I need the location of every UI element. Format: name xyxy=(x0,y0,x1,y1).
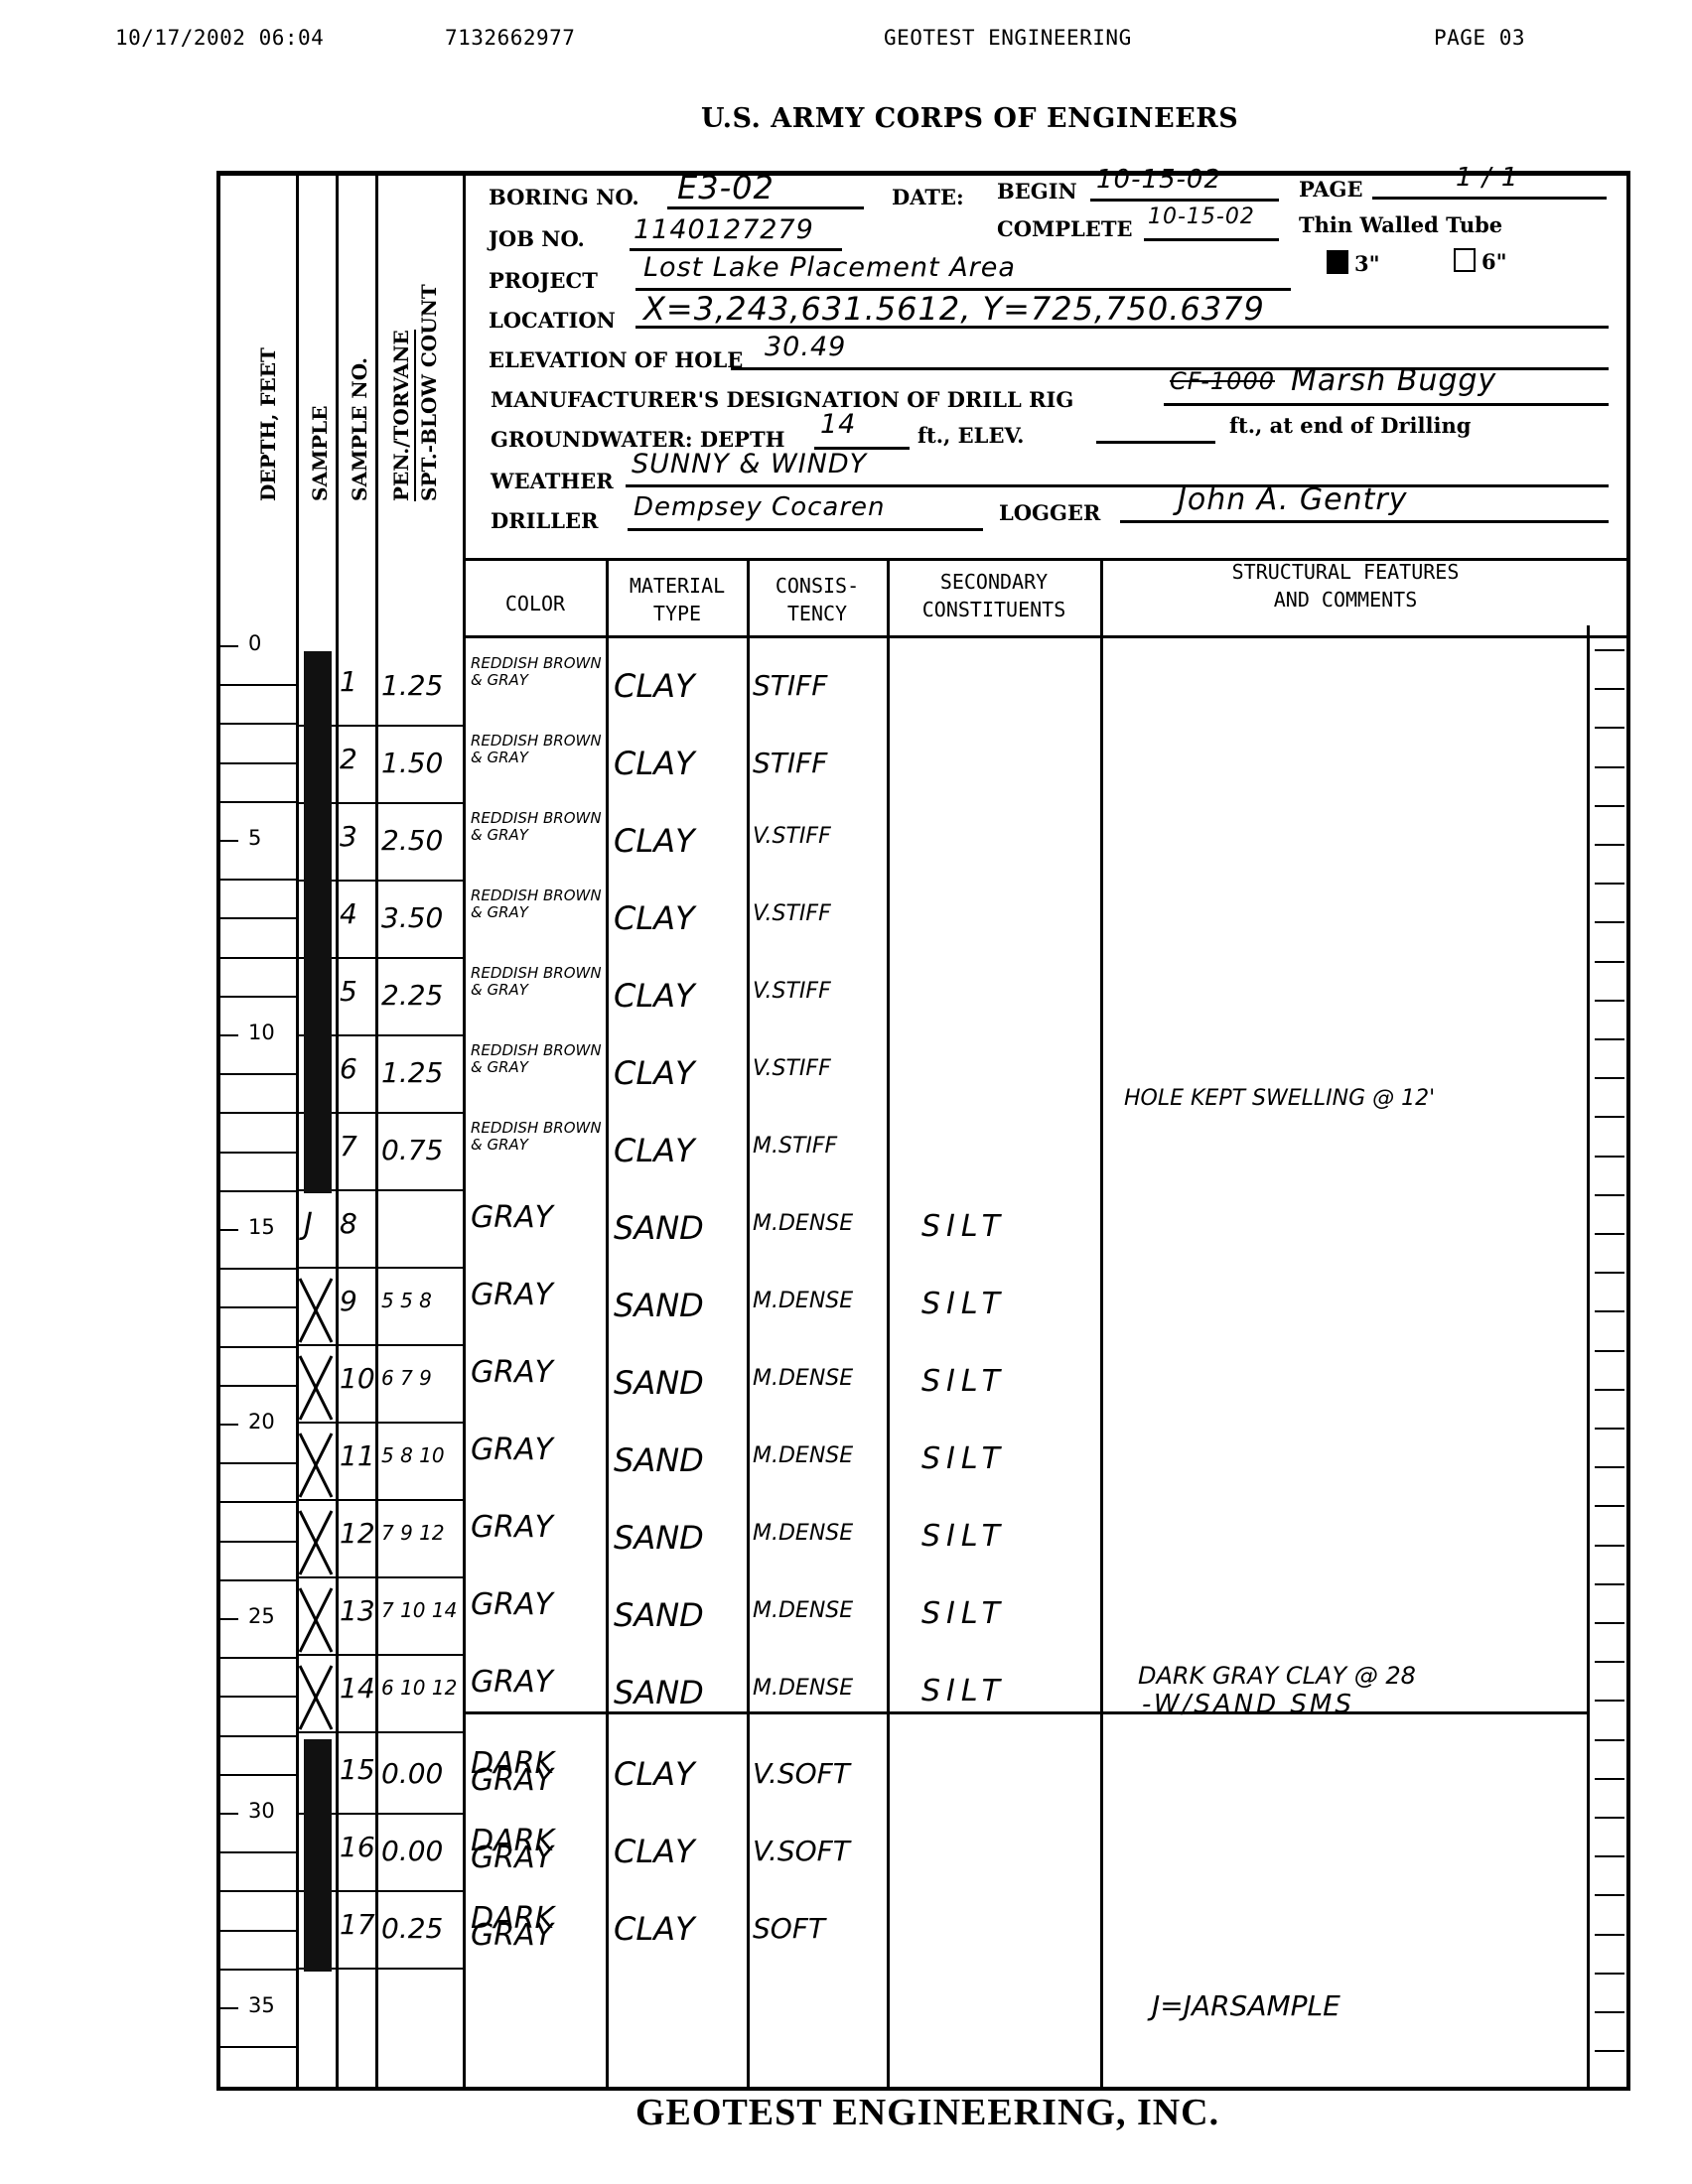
col-divider xyxy=(336,173,339,2089)
tube-sample-core xyxy=(304,1894,332,1972)
soil-color: GRAY xyxy=(471,1674,604,1691)
groundwater-depth-value: 14 xyxy=(820,409,856,440)
sample-no: 8 xyxy=(340,1207,357,1240)
underline xyxy=(630,248,842,251)
depth-tick-mark xyxy=(220,1657,296,1659)
right-scale-tick xyxy=(1595,1817,1624,1819)
consistency: M.DENSE xyxy=(753,1598,853,1623)
right-scale-tick xyxy=(1595,1000,1624,1002)
consistency: STIFF xyxy=(753,747,827,779)
depth-tick-mark xyxy=(220,1152,296,1154)
col-material-line1: MATERIAL xyxy=(608,572,747,600)
right-scale-tick xyxy=(1595,1934,1624,1936)
boring-no-value: E3-02 xyxy=(677,169,775,206)
split-spoon-x-icon xyxy=(298,1277,334,1344)
pen-torvane-value: 1.25 xyxy=(381,1056,443,1089)
depth-tick-mark xyxy=(220,1462,296,1464)
depth-tick-mark xyxy=(220,1890,296,1892)
right-scale-tick xyxy=(1595,805,1624,807)
spt-blow-count: 7 10 14 xyxy=(381,1598,457,1622)
right-scale-tick xyxy=(1595,1778,1624,1780)
tube-sample-core xyxy=(304,1038,332,1116)
soil-color: GRAY xyxy=(471,1209,604,1226)
material-type: CLAY xyxy=(614,899,695,937)
project-label: PROJECT xyxy=(489,268,598,293)
right-scale-tick xyxy=(1595,2050,1624,2052)
sample-row-divider xyxy=(296,1654,465,1656)
material-type: CLAY xyxy=(614,822,695,860)
col-structural-header: STRUCTURAL FEATURES AND COMMENTS xyxy=(1102,558,1589,614)
depth-tick-mark xyxy=(220,1696,296,1698)
underline xyxy=(1372,197,1607,200)
depth-tick-mark xyxy=(220,1112,296,1114)
soil-color: REDDISH BROWN & GRAY xyxy=(471,655,604,689)
pen-torvane-value: 1.50 xyxy=(381,747,443,779)
consistency: M.DENSE xyxy=(753,1289,853,1313)
col-secondary-header: SECONDARY CONSTITUENTS xyxy=(888,568,1100,623)
consistency: M.DENSE xyxy=(753,1366,853,1391)
material-type: SAND xyxy=(614,1287,704,1324)
tube-label: Thin Walled Tube xyxy=(1299,212,1502,237)
page-label: PAGE xyxy=(1299,177,1363,202)
depth-tick-mark xyxy=(220,762,296,764)
sample-no: 9 xyxy=(340,1285,357,1317)
right-scale-tick xyxy=(1595,1583,1624,1585)
consistency: M.DENSE xyxy=(753,1521,853,1546)
split-spoon-x-icon xyxy=(298,1354,334,1422)
split-spoon-x-icon xyxy=(298,1664,334,1731)
material-type: SAND xyxy=(614,1364,704,1402)
soil-color: GRAY xyxy=(471,1287,604,1303)
right-scale-tick xyxy=(1595,961,1624,963)
pen-torvane-value: 0.00 xyxy=(381,1757,443,1790)
fax-sender: GEOTEST ENGINEERING xyxy=(884,26,1132,50)
underline xyxy=(667,206,864,209)
consistency: STIFF xyxy=(753,669,827,702)
depth-label: 5 xyxy=(248,826,261,850)
sample-row-divider xyxy=(296,1731,465,1733)
material-type: SAND xyxy=(614,1519,704,1557)
end-of-drilling-label: ft., at end of Drilling xyxy=(1229,413,1471,438)
begin-label: BEGIN xyxy=(997,179,1077,204)
col-consistency-line1: CONSIS- xyxy=(749,572,886,600)
sample-no: 13 xyxy=(340,1594,375,1627)
depth-tick-mark xyxy=(220,1969,296,1971)
col-divider xyxy=(747,559,750,2088)
sample-no: 2 xyxy=(340,743,357,775)
elevation-value: 30.49 xyxy=(765,332,846,362)
depth-tick-mark xyxy=(220,1306,296,1308)
tube-sample-core xyxy=(304,1116,332,1193)
fax-page: PAGE 03 xyxy=(1434,26,1525,50)
col-consistency-header: CONSIS- TENCY xyxy=(749,572,886,627)
depth-tick-mark xyxy=(220,1190,296,1192)
soil-color: REDDISH BROWN & GRAY xyxy=(471,1120,604,1154)
material-type: CLAY xyxy=(614,1833,695,1870)
secondary-constituent: SILT xyxy=(921,1364,1006,1399)
col-color-header: COLOR xyxy=(465,590,606,617)
complete-label: COMPLETE xyxy=(997,216,1132,241)
tube-sample-core xyxy=(304,806,332,884)
pen-torvane-value: 0.25 xyxy=(381,1912,443,1945)
col-divider xyxy=(375,173,378,2089)
date-label: DATE: xyxy=(892,185,964,209)
right-scale-tick xyxy=(1595,1855,1624,1857)
pen-torvane-value: 0.00 xyxy=(381,1835,443,1867)
right-scale-tick xyxy=(1595,1389,1624,1391)
tube-sample-core xyxy=(304,961,332,1038)
tube-sample-core xyxy=(304,1739,332,1817)
elevation-label: ELEVATION OF HOLE xyxy=(489,347,743,372)
consistency: M.DENSE xyxy=(753,1211,853,1236)
depth-tick-mark xyxy=(220,684,296,686)
col-material-header: MATERIAL TYPE xyxy=(608,572,747,627)
logger-label: LOGGER xyxy=(999,500,1100,525)
underline xyxy=(1090,199,1279,202)
spt-blow-count: 6 10 12 xyxy=(381,1676,457,1700)
location-label: LOCATION xyxy=(489,308,616,333)
depth-tick-mark xyxy=(220,1541,296,1543)
soil-color: REDDISH BROWN & GRAY xyxy=(471,733,604,766)
tube-option-6in[interactable]: 6" xyxy=(1454,248,1507,274)
right-scale-tick xyxy=(1595,1894,1624,1896)
sample-no: 16 xyxy=(340,1831,375,1863)
underline xyxy=(1164,403,1609,406)
right-scale-tick xyxy=(1595,727,1624,729)
weather-label: WEATHER xyxy=(491,469,614,493)
form-title: U.S. ARMY CORPS OF ENGINEERS xyxy=(701,103,1238,134)
right-scale-tick xyxy=(1595,1156,1624,1158)
right-scale-tick xyxy=(1595,1038,1624,1040)
comment-text: HOLE KEPT SWELLING @ 12' xyxy=(1124,1086,1435,1111)
pen-torvane-value: 1.25 xyxy=(381,669,443,702)
depth-label: 25 xyxy=(248,1604,275,1628)
soil-color: DARK GRAY xyxy=(471,1755,604,1789)
col-divider xyxy=(296,173,299,2089)
soil-color: GRAY xyxy=(471,1441,604,1458)
col-secondary-line2: CONSTITUENTS xyxy=(888,596,1100,623)
secondary-constituent: SILT xyxy=(921,1209,1006,1244)
location-value: X=3,243,631.5612, Y=725,750.6379 xyxy=(643,290,1265,328)
logger-value: John A. Gentry xyxy=(1178,482,1408,517)
depth-tick-mark xyxy=(220,723,296,725)
depth-tick-mark xyxy=(220,1735,296,1737)
checkbox-empty-icon[interactable] xyxy=(1454,248,1476,272)
consistency: M.DENSE xyxy=(753,1676,853,1701)
sample-no: 4 xyxy=(340,897,357,930)
right-scale-tick xyxy=(1595,766,1624,768)
right-scale-tick xyxy=(1595,1739,1624,1741)
depth-tick-mark xyxy=(220,1268,296,1270)
job-no-label: JOB NO. xyxy=(489,226,585,251)
spt-blow-count: 6 7 9 xyxy=(381,1366,432,1390)
secondary-constituent: SILT xyxy=(921,1287,1006,1321)
spt-blow-count: 7 9 12 xyxy=(381,1521,445,1545)
consistency: M.STIFF xyxy=(753,1134,837,1159)
pen-torvane-value: 2.25 xyxy=(381,979,443,1012)
consistency: V.STIFF xyxy=(753,1056,831,1081)
underline xyxy=(628,528,983,531)
right-scale-tick xyxy=(1595,844,1624,846)
sample-row-divider xyxy=(296,1499,465,1501)
groundwater-elev-field xyxy=(1096,441,1215,444)
ft-elev-label: ft., ELEV. xyxy=(917,423,1024,448)
col-consistency-line2: TENCY xyxy=(749,600,886,627)
depth-tick-mark xyxy=(220,840,238,842)
depth-tick-mark xyxy=(220,1618,238,1620)
drill-rig-value: Marsh Buggy xyxy=(1291,363,1496,398)
right-scale-tick xyxy=(1595,1194,1624,1196)
material-type: CLAY xyxy=(614,667,695,705)
right-scale-tick xyxy=(1595,1116,1624,1118)
depth-label: 35 xyxy=(248,1993,275,2017)
comment-text: DARK GRAY CLAY @ 28 xyxy=(1138,1662,1416,1690)
driller-label: DRILLER xyxy=(491,508,598,533)
right-scale-tick xyxy=(1595,1466,1624,1468)
job-no-value: 1140127279 xyxy=(634,214,814,245)
depth-label: 30 xyxy=(248,1799,275,1823)
depth-tick-mark xyxy=(220,2007,238,2009)
right-scale-tick xyxy=(1595,2011,1624,2013)
comment-text: J=JARSAMPLE xyxy=(1152,1989,1340,2022)
soil-color: REDDISH BROWN & GRAY xyxy=(471,887,604,921)
col-structural-line2: AND COMMENTS xyxy=(1102,586,1589,614)
begin-date-value: 10-15-02 xyxy=(1096,165,1221,195)
depth-tick-mark xyxy=(220,1813,238,1815)
depth-tick-mark xyxy=(220,1851,296,1853)
col-depth-header: DEPTH, FEET xyxy=(256,347,280,501)
checkbox-checked-icon[interactable] xyxy=(1327,250,1348,274)
right-scale-tick xyxy=(1595,1700,1624,1702)
underline xyxy=(1120,520,1609,523)
right-scale-tick xyxy=(1595,1350,1624,1352)
split-spoon-x-icon xyxy=(298,1432,334,1499)
right-scale-tick xyxy=(1595,1233,1624,1235)
right-scale-tick xyxy=(1595,1310,1624,1312)
secondary-constituent: SILT xyxy=(921,1519,1006,1554)
depth-tick-mark xyxy=(220,1774,296,1776)
soil-color: REDDISH BROWN & GRAY xyxy=(471,1042,604,1076)
material-type: SAND xyxy=(614,1209,704,1247)
drill-rig-struck-value: CF-1000 xyxy=(1170,367,1275,395)
soil-color: REDDISH BROWN & GRAY xyxy=(471,965,604,999)
right-scale-tick xyxy=(1595,1077,1624,1079)
sample-no: 5 xyxy=(340,975,357,1008)
col-divider xyxy=(887,559,890,2088)
spt-blow-count: 5 8 10 xyxy=(381,1443,445,1467)
soil-color: GRAY xyxy=(471,1596,604,1613)
pen-torvane-value: 2.50 xyxy=(381,824,443,857)
comment-text: -W/SAND SMS xyxy=(1142,1690,1354,1719)
jar-sample-marker: J xyxy=(304,1207,313,1242)
right-scale-tick xyxy=(1595,883,1624,885)
spt-blow-count: 5 5 8 xyxy=(381,1289,432,1312)
consistency: M.DENSE xyxy=(753,1443,853,1468)
soil-color: GRAY xyxy=(471,1519,604,1536)
secondary-constituent: SILT xyxy=(921,1441,1006,1476)
tube-sample-core xyxy=(304,884,332,961)
pen-torvane-value: 3.50 xyxy=(381,901,443,934)
depth-tick-mark xyxy=(220,645,238,647)
col-divider xyxy=(1587,625,1590,2089)
material-type: CLAY xyxy=(614,977,695,1015)
weather-value: SUNNY & WINDY xyxy=(632,449,867,479)
underline xyxy=(626,484,1609,487)
depth-tick-mark xyxy=(220,1073,296,1075)
col-divider xyxy=(1100,559,1103,2088)
col-secondary-line1: SECONDARY xyxy=(888,568,1100,596)
tube-sample-core xyxy=(304,651,332,729)
footer-company: GEOTEST ENGINEERING, INC. xyxy=(635,2091,1219,2134)
consistency: V.STIFF xyxy=(753,901,831,926)
right-scale-tick xyxy=(1595,649,1624,651)
consistency: V.STIFF xyxy=(753,979,831,1004)
page-value: 1 / 1 xyxy=(1456,163,1518,193)
consistency: SOFT xyxy=(753,1912,825,1945)
col-sample-header: SAMPLE xyxy=(308,406,332,501)
depth-tick-mark xyxy=(220,1930,296,1932)
col-divider xyxy=(606,559,609,2088)
right-scale-tick xyxy=(1595,1505,1624,1507)
depth-tick-mark xyxy=(220,801,296,803)
depth-label: 0 xyxy=(248,631,261,655)
sample-no: 10 xyxy=(340,1362,375,1395)
material-type: CLAY xyxy=(614,745,695,782)
depth-tick-mark xyxy=(220,917,296,919)
right-scale-tick xyxy=(1595,1973,1624,1975)
soil-color: DARK GRAY xyxy=(471,1910,604,1944)
right-scale-tick xyxy=(1595,921,1624,923)
depth-tick-mark xyxy=(220,1579,296,1581)
complete-date-value: 10-15-02 xyxy=(1148,205,1255,229)
soil-color: DARK GRAY xyxy=(471,1833,604,1866)
depth-label: 15 xyxy=(248,1215,275,1239)
right-scale-tick xyxy=(1595,1272,1624,1274)
sample-row-divider xyxy=(296,1422,465,1424)
material-type: CLAY xyxy=(614,1755,695,1793)
depth-tick-mark xyxy=(220,1346,296,1348)
tube-option-label: 6" xyxy=(1481,249,1507,274)
secondary-constituent: SILT xyxy=(921,1674,1006,1708)
depth-tick-mark xyxy=(220,1501,296,1503)
tube-option-3in[interactable]: 3" xyxy=(1327,250,1380,276)
sample-no: 11 xyxy=(340,1439,375,1472)
driller-value: Dempsey Cocaren xyxy=(634,492,886,522)
sample-no: 17 xyxy=(340,1908,375,1941)
sample-no: 6 xyxy=(340,1052,357,1085)
right-scale-tick xyxy=(1595,1545,1624,1547)
soil-color: GRAY xyxy=(471,1364,604,1381)
consistency: V.STIFF xyxy=(753,824,831,849)
sample-no: 12 xyxy=(340,1517,375,1550)
underline xyxy=(1144,238,1279,241)
project-value: Lost Lake Placement Area xyxy=(643,252,1016,283)
sample-row-divider xyxy=(296,1576,465,1578)
tube-option-label: 3" xyxy=(1354,251,1380,276)
sample-no: 15 xyxy=(340,1753,375,1786)
material-type: SAND xyxy=(614,1441,704,1479)
depth-label: 20 xyxy=(248,1410,275,1433)
material-type: CLAY xyxy=(614,1054,695,1092)
sample-no: 1 xyxy=(340,665,357,698)
sample-no: 7 xyxy=(340,1130,357,1162)
soil-color: REDDISH BROWN & GRAY xyxy=(471,810,604,844)
depth-tick-mark xyxy=(220,1229,238,1231)
col-sample-no-header: SAMPLE NO. xyxy=(348,357,371,501)
sample-no: 3 xyxy=(340,820,357,853)
tube-sample-core xyxy=(304,729,332,806)
depth-tick-mark xyxy=(220,1385,296,1387)
right-scale-tick xyxy=(1595,1661,1624,1663)
col-structural-line1: STRUCTURAL FEATURES xyxy=(1102,558,1589,586)
split-spoon-x-icon xyxy=(298,1509,334,1576)
fax-phone: 7132662977 xyxy=(445,26,575,50)
boring-no-label: BORING NO. xyxy=(489,185,639,209)
pen-torvane-value: 0.75 xyxy=(381,1134,443,1166)
fax-datetime: 10/17/2002 06:04 xyxy=(115,26,324,50)
col-spt-header: SPT.-BLOW COUNT xyxy=(417,284,441,501)
tube-sample-core xyxy=(304,1817,332,1894)
depth-tick-mark xyxy=(220,996,296,998)
right-scale-tick xyxy=(1595,1428,1624,1430)
sample-row-divider xyxy=(296,1344,465,1346)
material-type: SAND xyxy=(614,1596,704,1634)
sample-row-divider xyxy=(296,1267,465,1269)
strata-boundary xyxy=(465,1711,1589,1714)
split-spoon-x-icon xyxy=(298,1586,334,1654)
depth-tick-mark xyxy=(220,879,296,881)
consistency: V.SOFT xyxy=(753,1757,850,1790)
right-scale-tick xyxy=(1595,1622,1624,1624)
material-type: SAND xyxy=(614,1674,704,1711)
drill-rig-label: MANUFACTURER'S DESIGNATION OF DRILL RIG xyxy=(491,387,1073,412)
depth-tick-mark xyxy=(220,1034,238,1036)
right-scale-tick xyxy=(1595,688,1624,690)
depth-tick-mark xyxy=(220,2046,296,2048)
depth-tick-mark xyxy=(220,957,296,959)
divider xyxy=(463,635,1628,638)
col-divider xyxy=(463,173,466,2089)
depth-label: 10 xyxy=(248,1021,275,1044)
col-pen-torvane-header: PEN./TORVANE xyxy=(389,330,416,501)
depth-tick-mark xyxy=(220,1424,238,1426)
consistency: V.SOFT xyxy=(753,1835,850,1867)
col-material-line2: TYPE xyxy=(608,600,747,627)
material-type: CLAY xyxy=(614,1910,695,1948)
material-type: CLAY xyxy=(614,1132,695,1169)
secondary-constituent: SILT xyxy=(921,1596,1006,1631)
sample-no: 14 xyxy=(340,1672,375,1705)
